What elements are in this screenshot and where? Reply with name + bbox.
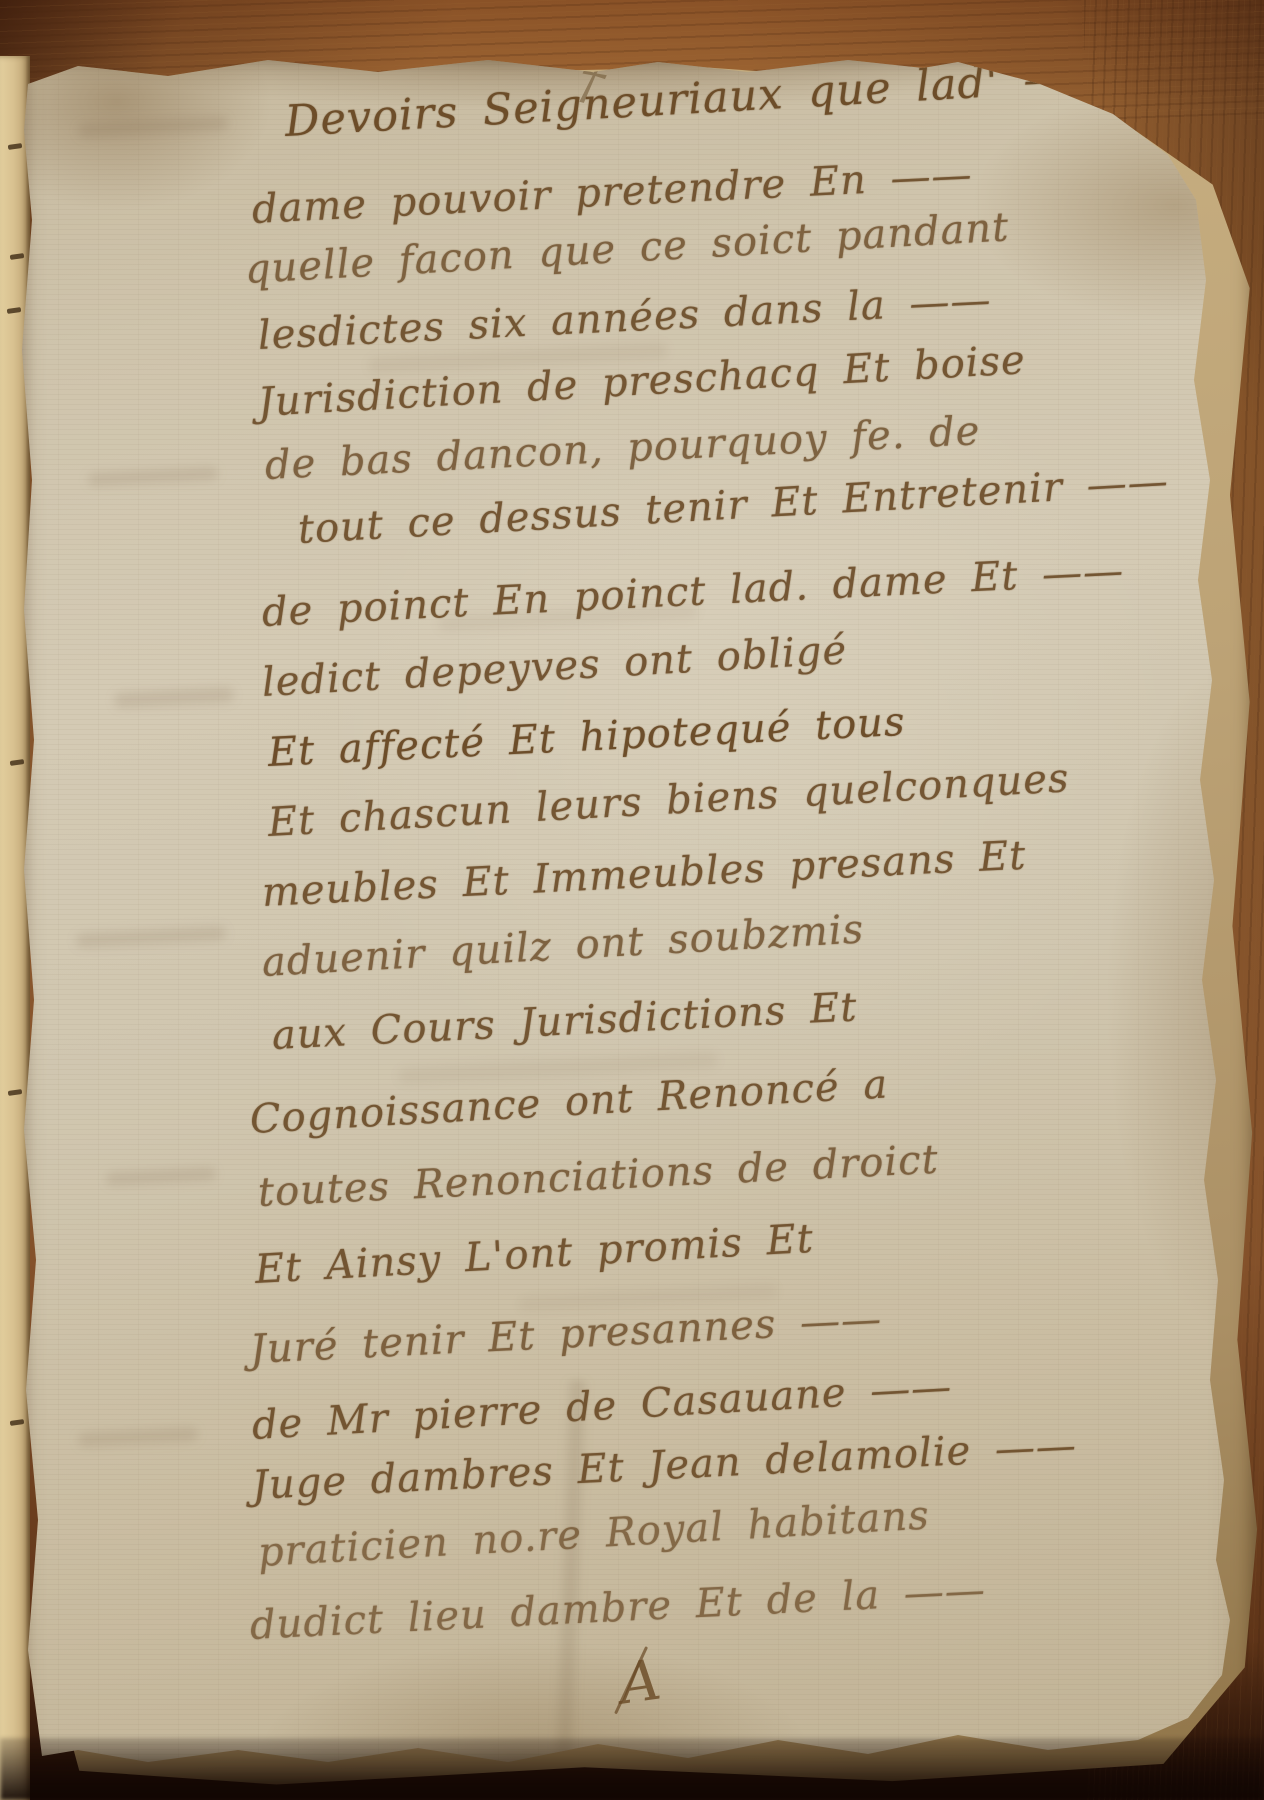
ink-showthrough — [106, 1167, 217, 1186]
manuscript-line: aux Cours Jurisdictions Et — [271, 984, 859, 1059]
manuscript-line: ledict depeyves ont obligé — [261, 627, 849, 706]
table-bottom-shadow — [0, 1738, 1264, 1800]
paper-crease — [551, 1380, 590, 1761]
sewing-stitch — [10, 253, 25, 260]
ink-showthrough — [76, 926, 227, 948]
ink-showthrough — [78, 116, 229, 138]
manuscript-line: toutes Renonciations de droict — [257, 1137, 940, 1216]
sewing-stitch — [10, 1419, 25, 1426]
manuscript-line: Et affecté Et hipotequé tous — [267, 699, 907, 776]
manuscript-line: Et Ainsy L'ont promis Et — [254, 1216, 815, 1293]
sewing-stitch — [7, 307, 22, 314]
ink-showthrough — [114, 687, 235, 708]
paraph-mark: A — [616, 1648, 665, 1718]
manuscript-line: meubles Et Immeubles presans Et — [261, 833, 1027, 916]
sewing-stitch — [8, 143, 23, 150]
manuscript-page: † Devoirs Seigneuriaux que lad' —— dame … — [18, 50, 1248, 1775]
ink-showthrough — [88, 467, 219, 487]
sewing-stitch — [10, 759, 25, 766]
sewing-stitch — [8, 1089, 23, 1096]
manuscript-line: praticien no.re Royal habitans — [257, 1492, 931, 1575]
manuscript-line: dudict lieu dambre Et de la —— — [249, 1567, 987, 1649]
manuscript-photo: † Devoirs Seigneuriaux que lad' —— dame … — [0, 0, 1264, 1800]
ink-showthrough — [78, 1427, 199, 1447]
manuscript-line: de poinct En poinct lad. dame Et —— — [261, 548, 1125, 636]
manuscript-line: aduenir quilz ont soubzmis — [261, 906, 866, 986]
